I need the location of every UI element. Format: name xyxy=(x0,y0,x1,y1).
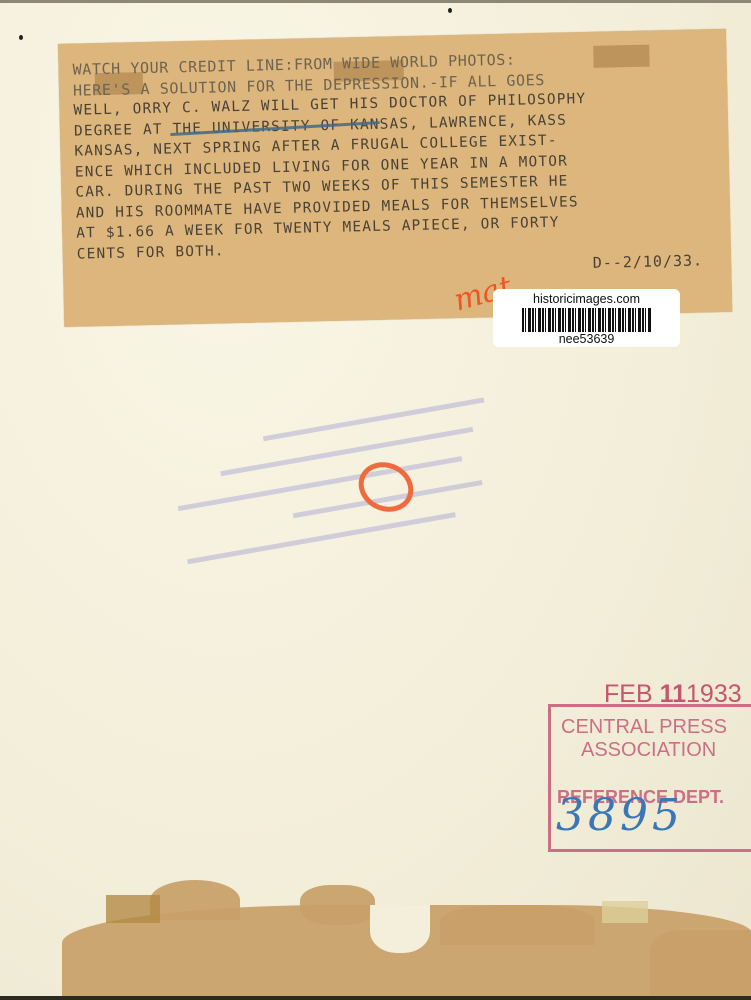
label-code: nee53639 xyxy=(493,332,680,346)
caption-slip: WATCH YOUR CREDIT LINE:FROM WIDE WORLD P… xyxy=(58,29,732,327)
speck xyxy=(19,35,23,40)
caption-text: WATCH YOUR CREDIT LINE:FROM WIDE WORLD P… xyxy=(72,45,716,264)
stamp-line: CENTRAL PRESS xyxy=(561,716,727,739)
handwritten-number: 3895 xyxy=(556,790,684,841)
dateline: D--2/10/33. xyxy=(593,251,704,271)
bottom-edge xyxy=(0,996,751,1000)
barcode-icon xyxy=(522,308,652,332)
top-edge xyxy=(0,0,751,3)
label-site: historicimages.com xyxy=(493,292,680,306)
stamp-line: ASSOCIATION xyxy=(581,739,716,762)
speck xyxy=(448,8,452,13)
archive-label: historicimages.com nee53639 xyxy=(493,289,680,347)
